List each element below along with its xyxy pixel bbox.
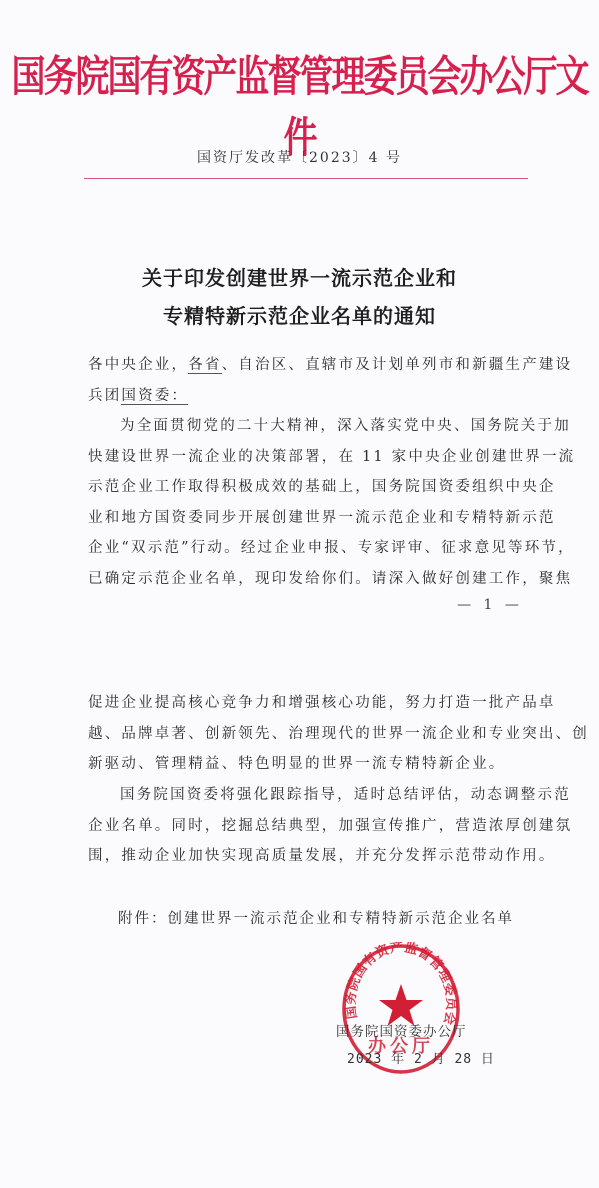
notice-title-line-2: 专精特新示范企业名单的通知 (0, 300, 599, 329)
paragraph-1-continued: 促进企业提高核心竞争力和增强核心功能，努力打造一批产品卓 越、品牌卓著、创新领先… (88, 688, 528, 780)
paragraph-line: 越、品牌卓著、创新领先、治理现代的世界一流企业和专业突出、创 (88, 719, 528, 750)
paragraph-line: 示范企业工作取得积极成效的基础上，国务院国资委组织中央企 (88, 472, 528, 503)
paragraph-line: 为全面贯彻党的二十大精神，深入落实党中央、国务院关于加 (88, 411, 528, 442)
attachment-note: 附件：创建世界一流示范企业和专精特新示范企业名单 (118, 907, 514, 928)
paragraph-line: 业和地方国资委同步开展创建世界一流示范企业和专精特新示范 (88, 503, 528, 534)
addressee-line-1: 各中央企业，各省、自治区、直辖市及计划单列市和新疆生产建设 (88, 350, 528, 381)
addressee-line-2: 兵团国资委： (88, 381, 528, 412)
document-page: 国务院国有资产监督管理委员会办公厅文件 国资厅发改革〔2023〕4 号 关于印发… (0, 0, 599, 1188)
paragraph-line: 快建设世界一流企业的决策部署，在 11 家中央企业创建世界一流 (88, 442, 528, 473)
paragraph-line: 企业“双示范”行动。经过企业申报、专家评审、征求意见等环节， (88, 533, 528, 564)
issuer-name: 国务院国资委办公厅 (336, 1020, 467, 1040)
addressee-underlined-text: 国资委： (121, 388, 188, 405)
addressee-text: 、自治区、直辖市及计划单列市和新疆生产建设 (222, 357, 573, 373)
addressee-block: 各中央企业，各省、自治区、直辖市及计划单列市和新疆生产建设 兵团国资委： (88, 350, 528, 411)
paragraph-line: 新驱动、管理精益、特色明显的世界一流专精特新企业。 (88, 749, 528, 780)
paragraph-line: 已确定示范企业名单，现印发给你们。请深入做好创建工作，聚焦 (88, 564, 528, 595)
paragraph-line: 促进企业提高核心竞争力和增强核心功能，努力打造一批产品卓 (88, 688, 528, 719)
document-number: 国资厅发改革〔2023〕4 号 (0, 147, 599, 167)
issue-date: 2023 年 2 月 28 日 (347, 1048, 495, 1067)
paragraph-line: 围，推动企业加快实现高质量发展，并充分发挥示范带动作用。 (88, 841, 528, 872)
addressee-underlined-text: 各省 (188, 357, 221, 374)
paragraph-line: 国务院国资委将强化跟踪指导，适时总结评估，动态调整示范 (88, 780, 528, 811)
paragraph-2: 国务院国资委将强化跟踪指导，适时总结评估，动态调整示范 企业名单。同时，挖掘总结… (88, 780, 528, 872)
paragraph-line: 企业名单。同时，挖掘总结典型，加强宣传推广，营造浓厚创建氛 (88, 811, 528, 842)
notice-title-line-1: 关于印发创建世界一流示范企业和 (0, 262, 599, 291)
paragraph-1: 为全面贯彻党的二十大精神，深入落实党中央、国务院关于加 快建设世界一流企业的决策… (88, 411, 528, 594)
red-divider-line (84, 178, 528, 179)
addressee-text: 兵团 (88, 388, 121, 404)
addressee-text: 各中央企业， (88, 357, 188, 373)
page-number: — 1 — (450, 597, 530, 613)
